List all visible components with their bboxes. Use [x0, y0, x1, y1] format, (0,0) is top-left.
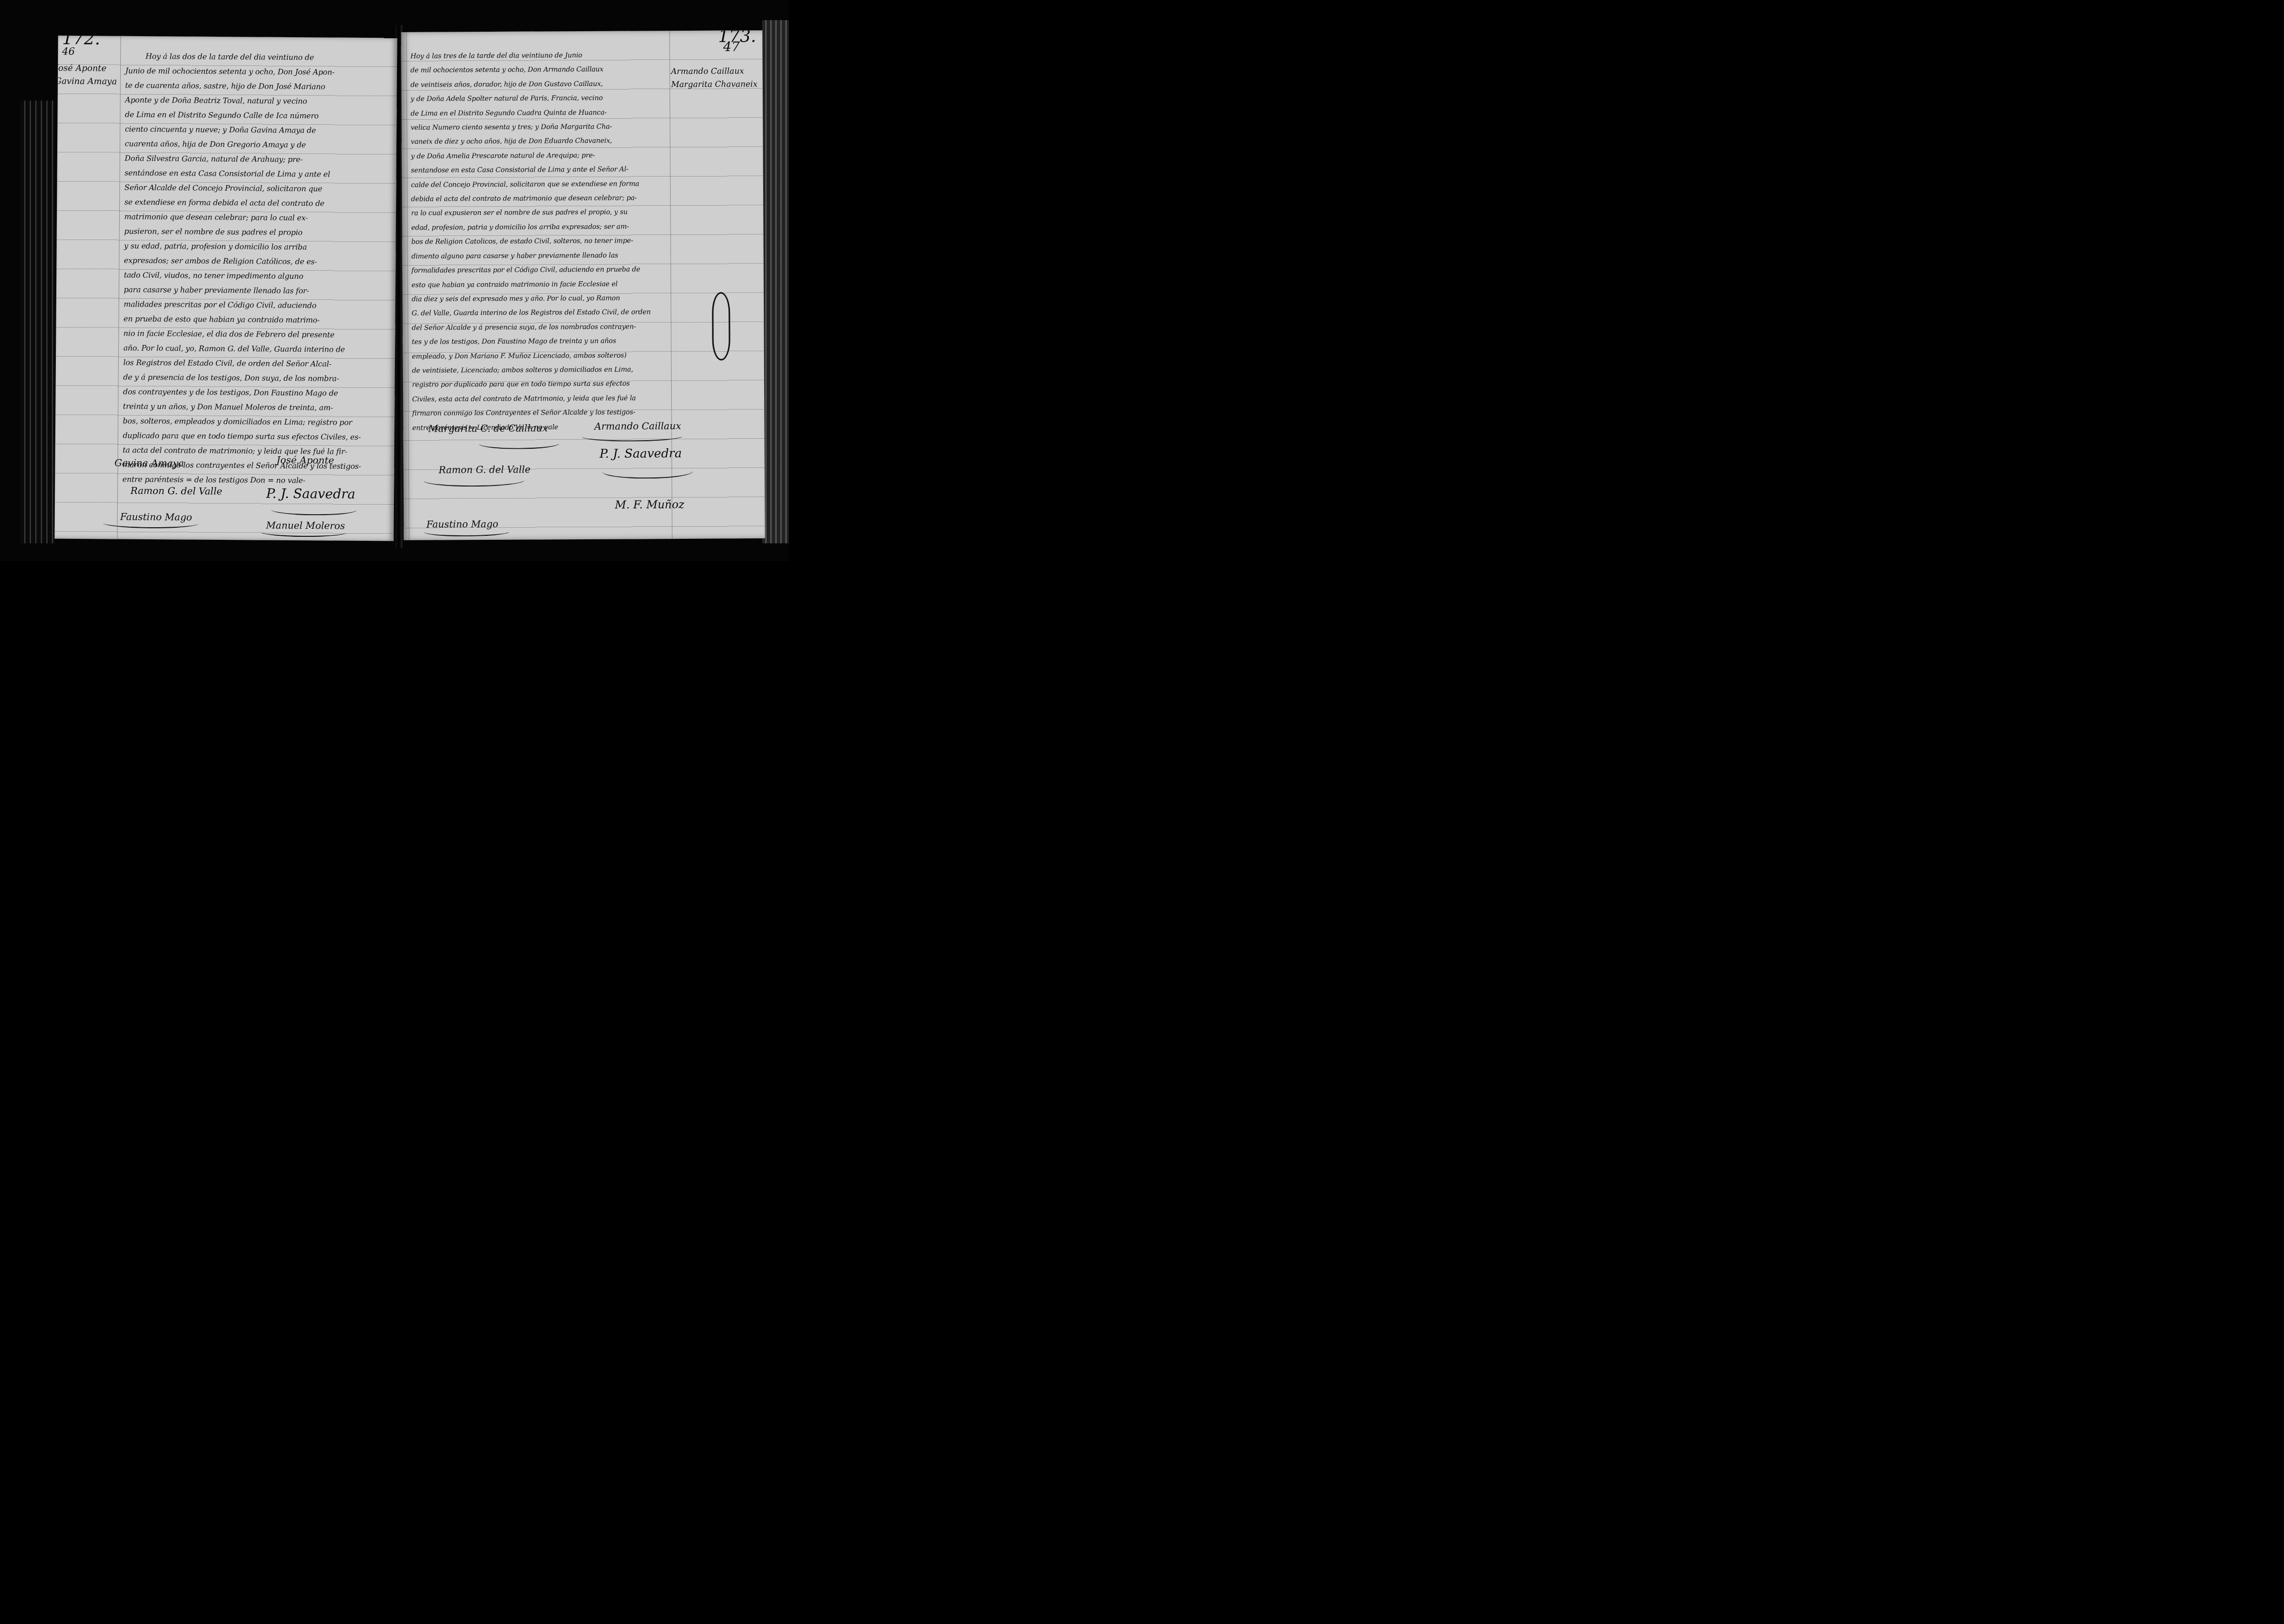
signature-bride: Margarita C. de Caillaux — [428, 423, 547, 434]
entry-line: malidades prescritas por el Código Civil… — [124, 297, 362, 313]
signature-mayor: P. J. Saavedra — [600, 446, 682, 461]
margin-rule — [406, 32, 409, 540]
entry-line: y de Doña Amelia Prescarote natural de A… — [411, 148, 650, 164]
marriage-entry-text: Hoy á las tres de la tarde del dia veint… — [411, 48, 651, 435]
signature-bride: Gavina Amaya — [114, 457, 184, 469]
register-book-spread: 172. 46 José Aponte Gavina Amaya Hoy á l… — [0, 0, 789, 561]
entry-line: se extendiese en forma debida el acta de… — [124, 195, 363, 211]
entry-line: bos, solteros, empleados y domiciliados … — [123, 414, 361, 430]
entry-line: treinta y un años, y Don Manuel Moleros … — [123, 399, 361, 416]
entry-line: Señor Alcalde del Concejo Provincial, so… — [124, 181, 363, 197]
signature-flourish — [424, 527, 510, 537]
right-page: 173. 47 Armando Caillaux Margarita Chava… — [401, 30, 765, 540]
margin-name-groom: José Aponte — [55, 63, 107, 74]
entry-line: registro por duplicado para que en todo … — [412, 377, 651, 392]
entry-line: tes y de los testigos, Don Faustino Mago… — [412, 334, 651, 349]
entry-line: cuarenta años, hija de Don Gregorio Amay… — [125, 137, 363, 153]
signature-witness-2: M. F. Muñoz — [615, 499, 684, 512]
entry-line: Hoy á las tres de la tarde del dia veint… — [411, 48, 649, 63]
page-edges-left — [20, 101, 55, 543]
entry-line: dimento alguno para casarse y haber prev… — [412, 248, 650, 264]
signature-groom: Armando Caillaux — [594, 421, 681, 432]
entry-line: debida el acta del contrato de matrimoni… — [411, 191, 650, 206]
signature-flourish — [582, 431, 683, 442]
entry-line: duplicado para que en todo tiempo surta … — [123, 429, 361, 445]
entry-line: para casarse y haber previamente llenado… — [124, 283, 362, 299]
margin-rule — [669, 31, 672, 539]
entry-line: de mil ochocientos setenta y ocho, Don A… — [411, 62, 649, 78]
signature-flourish — [424, 474, 524, 487]
entry-line: Hoy á las dos de la tarde del dia veinti… — [125, 49, 364, 65]
registrar-rubric-mark — [712, 292, 730, 360]
entry-line: nio in facie Ecclesiae, el dia dos de Fe… — [123, 327, 362, 343]
entry-line: de Lima en el Distrito Segundo Calle de … — [125, 108, 363, 124]
entry-line: en prueba de esto que habian ya contraid… — [123, 312, 362, 328]
left-page: 172. 46 José Aponte Gavina Amaya Hoy á l… — [55, 36, 397, 541]
entry-line: y de Doña Adela Spolter natural de Paris… — [411, 91, 649, 107]
entry-line: Civiles, esta acta del contrato de Matri… — [412, 391, 651, 407]
signature-flourish — [261, 527, 347, 537]
entry-line: edad, profesion, patria y domicilio los … — [411, 219, 650, 235]
entry-line: de Lima en el Distrito Segundo Cuadra Qu… — [411, 105, 649, 121]
entry-line: te de cuarenta años, sastre, hijo de Don… — [125, 78, 364, 95]
signature-flourish — [271, 504, 357, 516]
signature-mayor: P. J. Saavedra — [266, 486, 355, 502]
entry-line: pusieron, ser el nombre de sus padres el… — [124, 224, 363, 240]
entry-line: ciento cincuenta y nueve; y Doña Gavina … — [125, 122, 363, 138]
entry-line: G. del Valle, Guarda interino de los Reg… — [412, 305, 650, 321]
margin-name-bride: Gavina Amaya — [55, 76, 117, 88]
entry-line: del Señor Alcalde y á presencia suya, de… — [412, 319, 650, 335]
entry-line: vaneix de diez y ocho años, hija de Don … — [411, 134, 649, 149]
entry-line: tado Civil, viudos, no tener impedimento… — [124, 268, 362, 284]
entry-line: año. Por lo cual, yo, Ramon G. del Valle… — [123, 341, 362, 357]
entry-line: sentandose en esta Casa Consistorial de … — [411, 163, 650, 178]
signature-flourish — [479, 438, 559, 449]
entry-line: formalidades prescritas por el Código Ci… — [412, 262, 650, 278]
entry-line: velica Numero ciento sesenta y tres; y D… — [411, 119, 649, 135]
entry-line: los Registros del Estado Civil, de orden… — [123, 356, 362, 372]
entry-number: 47 — [723, 41, 740, 52]
entry-line: y su edad, patria, profesion y domicilio… — [124, 239, 362, 255]
signature-registrar: Ramon G. del Valle — [130, 485, 222, 497]
entry-line: dos contrayentes y de los testigos, Don … — [123, 385, 361, 401]
entry-line: bos de Religion Catolicos, de estado Civ… — [411, 234, 650, 250]
entry-line: Junio de mil ochocientos setenta y ocho,… — [125, 64, 364, 80]
entry-line: dia diez y seis del expresado mes y año.… — [412, 291, 650, 306]
entry-line: matrimonio que desean celebrar; para lo … — [124, 210, 363, 226]
margin-name-bride: Margarita Chavaneix — [671, 78, 758, 90]
entry-line: calde del Concejo Provincial, solicitaro… — [411, 177, 650, 192]
entry-line: esto que habian ya contraido matrimonio … — [412, 277, 650, 292]
entry-line: empleado, y Don Mariano F. Muñoz Licenci… — [412, 348, 651, 364]
marriage-entry-text: Hoy á las dos de la tarde del dia veinti… — [122, 49, 364, 489]
entry-line: expresados; ser ambos de Religion Católi… — [124, 254, 362, 270]
margin-name-groom: Armando Caillaux — [671, 65, 744, 77]
entry-line: de veintiseis años, dorador, hijo de Don… — [411, 76, 649, 92]
entry-line: Doña Silvestra Garcia, natural de Arahua… — [125, 151, 363, 168]
entry-line: Aponte y de Doña Beatriz Toval, natural … — [125, 93, 364, 109]
signature-flourish — [602, 464, 693, 479]
entry-line: de veintisiete, Licenciado; ambos solter… — [412, 362, 651, 378]
signature-groom: José Aponte — [277, 455, 335, 466]
page-edges-right — [762, 20, 789, 543]
entry-line: sentándose en esta Casa Consistorial de … — [124, 166, 363, 182]
entry-number: 46 — [62, 46, 75, 57]
entry-line: ra lo cual expusieron ser el nombre de s… — [411, 205, 650, 221]
entry-line: firmaron conmigo los Contrayentes el Señ… — [412, 405, 651, 421]
entry-line: de y á presencia de los testigos, Don su… — [123, 370, 362, 386]
